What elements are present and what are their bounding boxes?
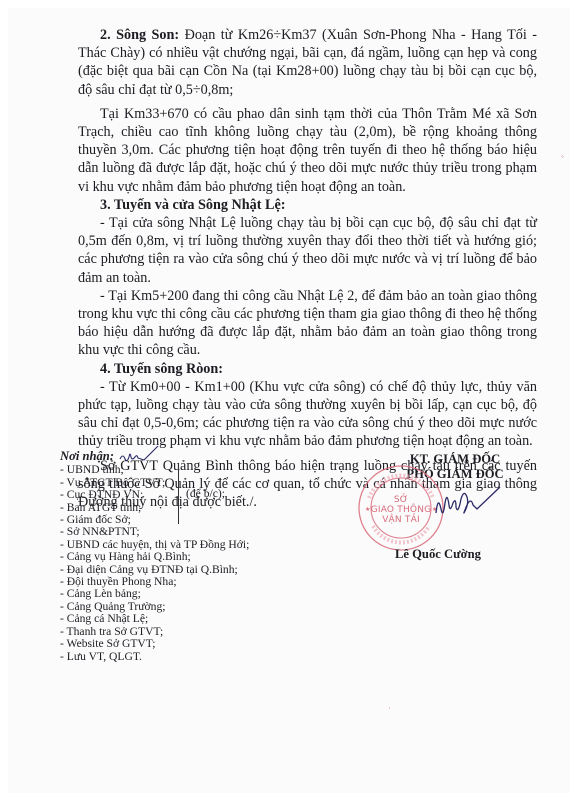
paragraph: - Tại cửa sông Nhật Lệ luồng chạy tàu bị… — [78, 214, 537, 287]
section-heading: 2. Sông Son: — [100, 27, 179, 43]
handwritten-signature-icon — [432, 483, 502, 525]
initial-signature-icon — [118, 446, 164, 464]
recipient-item: - Sở NN&PTNT; — [60, 526, 330, 538]
document-body: 2. Sông Son: Đoạn từ Km26÷Km37 (Xuân Sơn… — [78, 26, 537, 511]
recipients-title: Nơi nhận: — [60, 450, 330, 462]
paragraph: Tại Km33+670 có cầu phao dân sinh tạm th… — [78, 105, 537, 196]
scan-speck: ◦ — [561, 152, 564, 161]
recipient-item: - Cảng cá Nhật Lệ; — [60, 613, 330, 625]
recipients-block: Nơi nhận: (để b/c); - UBND tỉnh;- Vụ ATG… — [60, 450, 330, 663]
recipient-item: - Lưu VT, QLGT. — [60, 651, 330, 663]
recipient-item: - Cảng vụ Hàng hải Q.Bình; — [60, 551, 330, 563]
section-heading: 3. Tuyến và cửa Sông Nhật Lệ: — [78, 196, 537, 214]
section-heading: 4. Tuyến sông Ròon: — [78, 360, 537, 378]
recipient-item: - Website Sở GTVT; — [60, 638, 330, 650]
paragraph-text: - Tại Km5+200 đang thi công cầu Nhật Lệ … — [78, 288, 537, 359]
recipients-bracket-note: (để b/c); — [186, 488, 225, 500]
recipient-item: - Cảng Lèn bảng; — [60, 588, 330, 600]
signer-name: Lê Quốc Cường — [395, 547, 481, 562]
recipient-item: - UBND tỉnh; — [60, 464, 330, 476]
paragraph: - Tại Km5+200 đang thi công cầu Nhật Lệ … — [78, 287, 537, 360]
paragraph-text: Tại Km33+670 có cầu phao dân sinh tạm th… — [78, 106, 537, 195]
paragraph: 2. Sông Son: Đoạn từ Km26÷Km37 (Xuân Sơn… — [78, 26, 537, 99]
paragraph: - Từ Km0+00 - Km1+00 (Khu vực cửa sông) … — [78, 378, 537, 451]
scan-speck: · — [388, 704, 391, 713]
paragraph-text: - Từ Km0+00 - Km1+00 (Khu vực cửa sông) … — [78, 379, 537, 450]
recipients-bracket — [178, 464, 179, 524]
paragraph-text: - Tại cửa sông Nhật Lệ luồng chạy tàu bị… — [78, 215, 537, 286]
